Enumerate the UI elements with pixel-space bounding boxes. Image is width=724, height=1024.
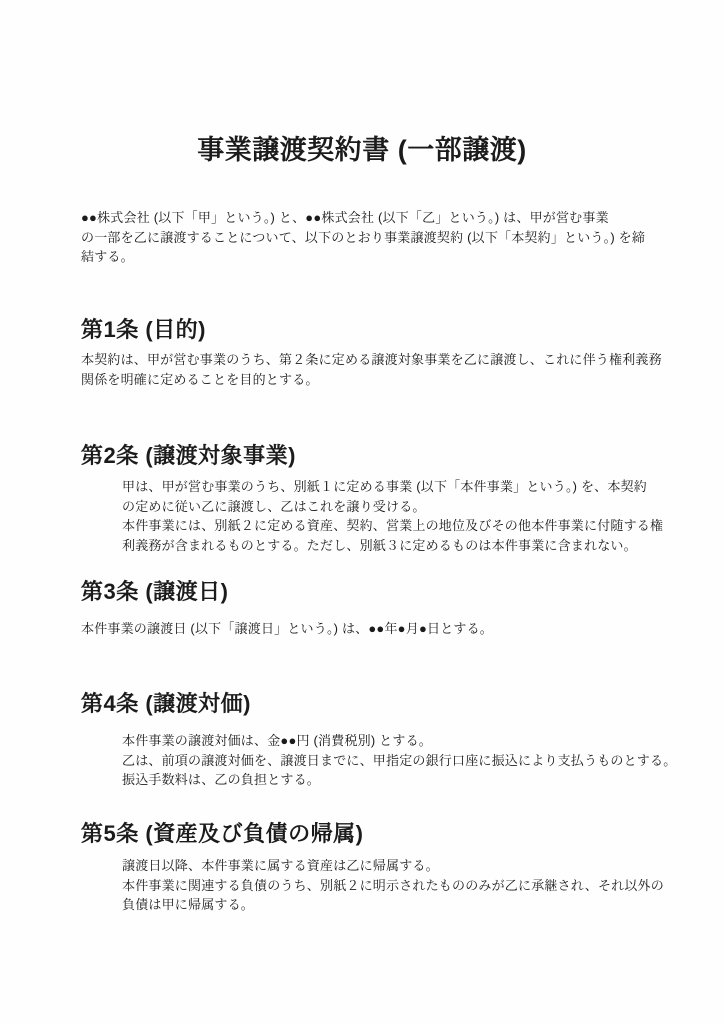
article-3-heading: 第3条 (譲渡日): [81, 577, 229, 607]
article-1-heading: 第1条 (目的): [81, 315, 206, 345]
contract-page: 事業譲渡契約書 (一部譲渡) ●●株式会社 (以下「甲」という。) と、●●株式…: [0, 0, 724, 1024]
article-4-heading: 第4条 (譲渡対価): [81, 689, 251, 719]
document-title: 事業譲渡契約書 (一部譲渡): [0, 132, 724, 168]
article-2-body: 甲は、甲が営む事業のうち、別紙１に定める事業 (以下「本件事業」という。) を、…: [122, 477, 724, 555]
preamble-paragraph: ●●株式会社 (以下「甲」という。) と、●●株式会社 (以下「乙」という。) …: [81, 208, 686, 267]
article-5-heading: 第5条 (資産及び負債の帰属): [81, 819, 364, 849]
article-5-body: 譲渡日以降、本件事業に属する資産は乙に帰属する。 本件事業に関連する負債のうち、…: [122, 856, 724, 915]
article-2-heading: 第2条 (譲渡対象事業): [81, 441, 296, 471]
article-4-body: 本件事業の譲渡対価は、金●●円 (消費税別) とする。 乙は、前項の譲渡対価を、…: [122, 731, 724, 790]
article-3-body: 本件事業の譲渡日 (以下「譲渡日」という。) は、●●年●月●日とする。: [81, 619, 686, 639]
article-1-body: 本契約は、甲が営む事業のうち、第２条に定める譲渡対象事業を乙に譲渡し、これに伴う…: [81, 350, 686, 389]
